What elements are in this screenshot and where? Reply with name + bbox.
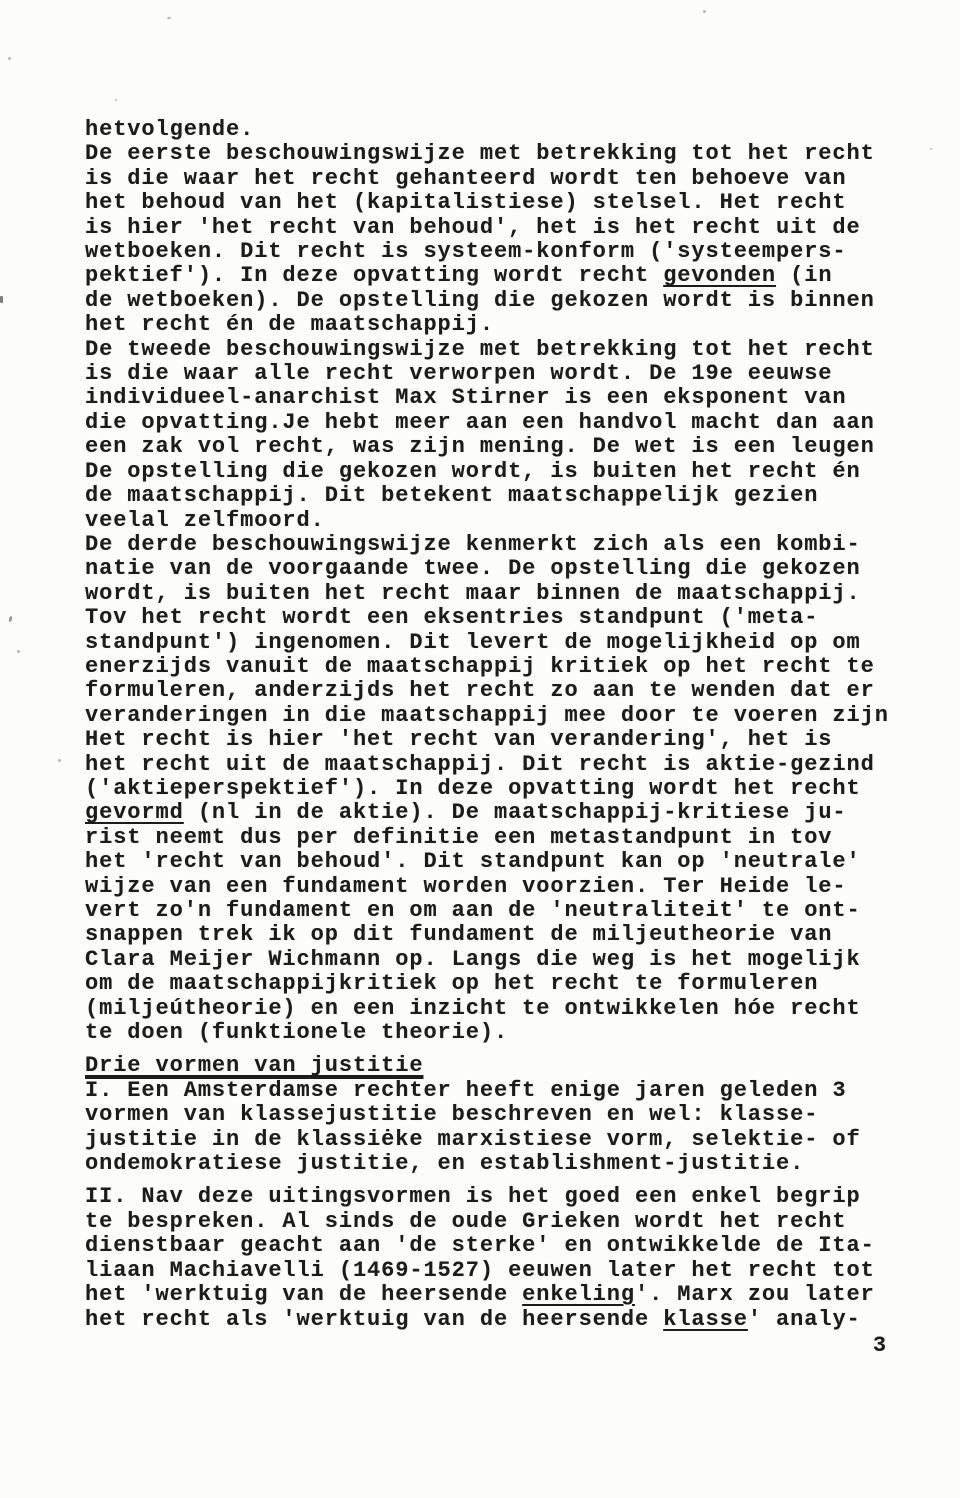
underlined-term: gevonden xyxy=(663,263,776,288)
scan-speck xyxy=(703,10,706,13)
text-line: Het recht is hier 'het recht van verande… xyxy=(85,728,891,752)
text-line: vert zo'n fundament en om aan de 'neutra… xyxy=(85,899,891,923)
heading-drie-vormen-van-justitie: Drie vormen van justitie xyxy=(85,1054,891,1078)
text-line: formuleren, anderzijds het recht zo aan … xyxy=(85,679,891,703)
text-segment: ('aktieperspektief'). In deze opvatting … xyxy=(85,776,861,801)
text-line: te bespreken. Al sinds de oude Grieken w… xyxy=(85,1210,891,1234)
text-segment: het 'recht van behoud'. Dit standpunt ka… xyxy=(85,849,861,874)
text-line: liaan Machiavelli (1469-1527) eeuwen lat… xyxy=(85,1259,891,1283)
text-segment: II. Nav deze uitingsvormen is het goed e… xyxy=(85,1184,861,1209)
text-line: individueel-anarchist Max Stirner is een… xyxy=(85,386,891,410)
underlined-term: enkeling xyxy=(522,1282,635,1307)
text-segment: te bespreken. Al sinds de oude Grieken w… xyxy=(85,1209,847,1234)
typewritten-text: hetvolgende.De eerste beschouwingswijze … xyxy=(85,118,891,1358)
document-body: hetvolgende.De eerste beschouwingswijze … xyxy=(85,118,891,1332)
text-line: de wetboeken). De opstelling die gekozen… xyxy=(85,289,891,313)
text-segment: wetboeken. Dit recht is systeem-konform … xyxy=(85,239,847,264)
text-segment: (miljeútheorie) en een inzicht te ontwik… xyxy=(85,996,861,1021)
text-segment: om de maatschappijkritiek op het recht t… xyxy=(85,971,818,996)
scan-speck xyxy=(115,99,117,101)
text-line: veelal zelfmoord. xyxy=(85,509,891,533)
text-segment: Tov het recht wordt een eksentries stand… xyxy=(85,605,818,630)
text-segment: rist neemt dus per definitie een metasta… xyxy=(85,825,832,850)
text-line: het 'recht van behoud'. Dit standpunt ka… xyxy=(85,850,891,874)
text-line: is hier 'het recht van behoud', het is h… xyxy=(85,216,891,240)
text-line: I. Een Amsterdamse rechter heeft enige j… xyxy=(85,1079,891,1103)
scan-speck xyxy=(17,650,20,653)
text-line: het 'werktuig van de heersende enkeling'… xyxy=(85,1283,891,1307)
paragraph-I-klassejustitie: I. Een Amsterdamse rechter heeft enige j… xyxy=(85,1079,891,1177)
text-segment: vert zo'n fundament en om aan de 'neutra… xyxy=(85,898,861,923)
text-line: is die waar alle recht verworpen wordt. … xyxy=(85,362,891,386)
text-line: het recht uit de maatschappij. Dit recht… xyxy=(85,753,891,777)
text-segment: De eerste beschouwingswijze met betrekki… xyxy=(85,141,875,166)
text-segment: liaan Machiavelli (1469-1527) eeuwen lat… xyxy=(85,1258,875,1283)
text-segment: justitie in de klassiėke marxistiese vor… xyxy=(85,1127,861,1152)
text-segment: veranderingen in die maatschappij mee do… xyxy=(85,703,889,728)
text-line: dienstbaar geacht aan 'de sterke' en ont… xyxy=(85,1234,891,1258)
text-segment: het behoud van het (kapitalistiese) stel… xyxy=(85,190,847,215)
text-line: enerzijds vanuit de maatschappij kritiek… xyxy=(85,655,891,679)
text-line: natie van de voorgaande twee. De opstell… xyxy=(85,557,891,581)
text-line: het recht én de maatschappij. xyxy=(85,313,891,337)
text-segment: standpunt') ingenomen. Dit levert de mog… xyxy=(85,630,861,655)
text-line: het behoud van het (kapitalistiese) stel… xyxy=(85,191,891,215)
text-segment: formuleren, anderzijds het recht zo aan … xyxy=(85,678,875,703)
text-line: ('aktieperspektief'). In deze opvatting … xyxy=(85,777,891,801)
text-segment: ' analy- xyxy=(748,1307,861,1332)
text-segment: dienstbaar geacht aan 'de sterke' en ont… xyxy=(85,1233,875,1258)
text-segment: pektief'). In deze opvatting wordt recht xyxy=(85,263,663,288)
text-segment: het recht als 'werktuig van de heersende xyxy=(85,1307,663,1332)
text-line: rist neemt dus per definitie een metasta… xyxy=(85,826,891,850)
text-segment: (in xyxy=(776,263,832,288)
text-segment: De derde beschouwingswijze kenmerkt zich… xyxy=(85,532,861,557)
text-line: die opvatting.Je hebt meer aan een handv… xyxy=(85,411,891,435)
scan-speck xyxy=(0,296,3,303)
text-segment: ondemokratiese justitie, en establishmen… xyxy=(85,1151,804,1176)
text-line: hetvolgende. xyxy=(85,118,891,142)
text-line: pektief'). In deze opvatting wordt recht… xyxy=(85,264,891,288)
text-segment: hetvolgende. xyxy=(85,117,254,142)
paragraph-II-werktuig: II. Nav deze uitingsvormen is het goed e… xyxy=(85,1185,891,1331)
underlined-term: Drie vormen van justitie xyxy=(85,1053,423,1078)
text-line: een zak vol recht, was zijn mening. De w… xyxy=(85,435,891,459)
text-line: wordt, is buiten het recht maar binnen d… xyxy=(85,582,891,606)
text-line: De eerste beschouwingswijze met betrekki… xyxy=(85,142,891,166)
text-line: justitie in de klassiėke marxistiese vor… xyxy=(85,1128,891,1152)
text-segment: de maatschappij. Dit betekent maatschapp… xyxy=(85,483,818,508)
text-line: ondemokratiese justitie, en establishmen… xyxy=(85,1152,891,1176)
text-segment: Het recht is hier 'het recht van verande… xyxy=(85,727,832,752)
text-segment: De tweede beschouwingswijze met betrekki… xyxy=(85,337,875,362)
text-line: Tov het recht wordt een eksentries stand… xyxy=(85,606,891,630)
text-segment: natie van de voorgaande twee. De opstell… xyxy=(85,556,861,581)
text-line: te doen (funktionele theorie). xyxy=(85,1021,891,1045)
text-segment: veelal zelfmoord. xyxy=(85,508,325,533)
text-segment: I. Een Amsterdamse rechter heeft enige j… xyxy=(85,1078,847,1103)
text-segment: snappen trek ik op dit fundament de milj… xyxy=(85,922,832,947)
text-segment: het recht én de maatschappij. xyxy=(85,312,494,337)
scan-speck xyxy=(8,57,11,60)
text-line: De opstelling die gekozen wordt, is buit… xyxy=(85,460,891,484)
text-segment: De opstelling die gekozen wordt, is buit… xyxy=(85,459,861,484)
scan-speck xyxy=(167,16,171,19)
section-heading: Drie vormen van justitie xyxy=(85,1054,891,1078)
text-line: de maatschappij. Dit betekent maatschapp… xyxy=(85,484,891,508)
text-segment: wijze van een fundament worden voorzien.… xyxy=(85,874,847,899)
underlined-term: klasse xyxy=(663,1307,748,1332)
text-line: is die waar het recht gehanteerd wordt t… xyxy=(85,167,891,191)
text-segment: (nl in de aktie). De maatschappij-kritie… xyxy=(184,800,847,825)
text-segment: de wetboeken). De opstelling die gekozen… xyxy=(85,288,875,313)
text-segment: wordt, is buiten het recht maar binnen d… xyxy=(85,581,861,606)
text-segment: is die waar het recht gehanteerd wordt t… xyxy=(85,166,847,191)
text-line: vormen van klassejustitie beschreven en … xyxy=(85,1103,891,1127)
text-line: standpunt') ingenomen. Dit levert de mog… xyxy=(85,631,891,655)
text-segment: enerzijds vanuit de maatschappij kritiek… xyxy=(85,654,875,679)
text-line: snappen trek ik op dit fundament de milj… xyxy=(85,923,891,947)
text-segment: '. Marx zou later xyxy=(635,1282,875,1307)
text-segment: het 'werktuig van de heersende xyxy=(85,1282,522,1307)
scanned-document-page: hetvolgende.De eerste beschouwingswijze … xyxy=(0,0,960,1498)
text-line: om de maatschappijkritiek op het recht t… xyxy=(85,972,891,996)
text-segment: vormen van klassejustitie beschreven en … xyxy=(85,1102,818,1127)
text-segment: het recht uit de maatschappij. Dit recht… xyxy=(85,752,875,777)
text-line: II. Nav deze uitingsvormen is het goed e… xyxy=(85,1185,891,1209)
text-line: De derde beschouwingswijze kenmerkt zich… xyxy=(85,533,891,557)
text-segment: die opvatting.Je hebt meer aan een handv… xyxy=(85,410,875,435)
text-segment: individueel-anarchist Max Stirner is een… xyxy=(85,385,847,410)
text-line: De tweede beschouwingswijze met betrekki… xyxy=(85,338,891,362)
underlined-term: gevormd xyxy=(85,800,184,825)
scan-speck xyxy=(58,759,61,762)
text-line: Clara Meijer Wichmann op. Langs die weg … xyxy=(85,948,891,972)
text-line: gevormd (nl in de aktie). De maatschappi… xyxy=(85,801,891,825)
text-line: (miljeútheorie) en een inzicht te ontwik… xyxy=(85,997,891,1021)
scan-speck xyxy=(8,616,12,623)
text-segment: is hier 'het recht van behoud', het is h… xyxy=(85,215,861,240)
text-segment: te doen (funktionele theorie). xyxy=(85,1020,508,1045)
scan-speck xyxy=(930,148,932,150)
text-segment: is die waar alle recht verworpen wordt. … xyxy=(85,361,832,386)
text-line: het recht als 'werktuig van de heersende… xyxy=(85,1308,891,1332)
page-number: 3 xyxy=(85,1334,891,1358)
text-segment: Clara Meijer Wichmann op. Langs die weg … xyxy=(85,947,861,972)
text-line: wijze van een fundament worden voorzien.… xyxy=(85,875,891,899)
paragraph-drie-beschouwingswijzen: hetvolgende.De eerste beschouwingswijze … xyxy=(85,118,891,1045)
text-line: veranderingen in die maatschappij mee do… xyxy=(85,704,891,728)
text-segment: een zak vol recht, was zijn mening. De w… xyxy=(85,434,875,459)
text-line: wetboeken. Dit recht is systeem-konform … xyxy=(85,240,891,264)
